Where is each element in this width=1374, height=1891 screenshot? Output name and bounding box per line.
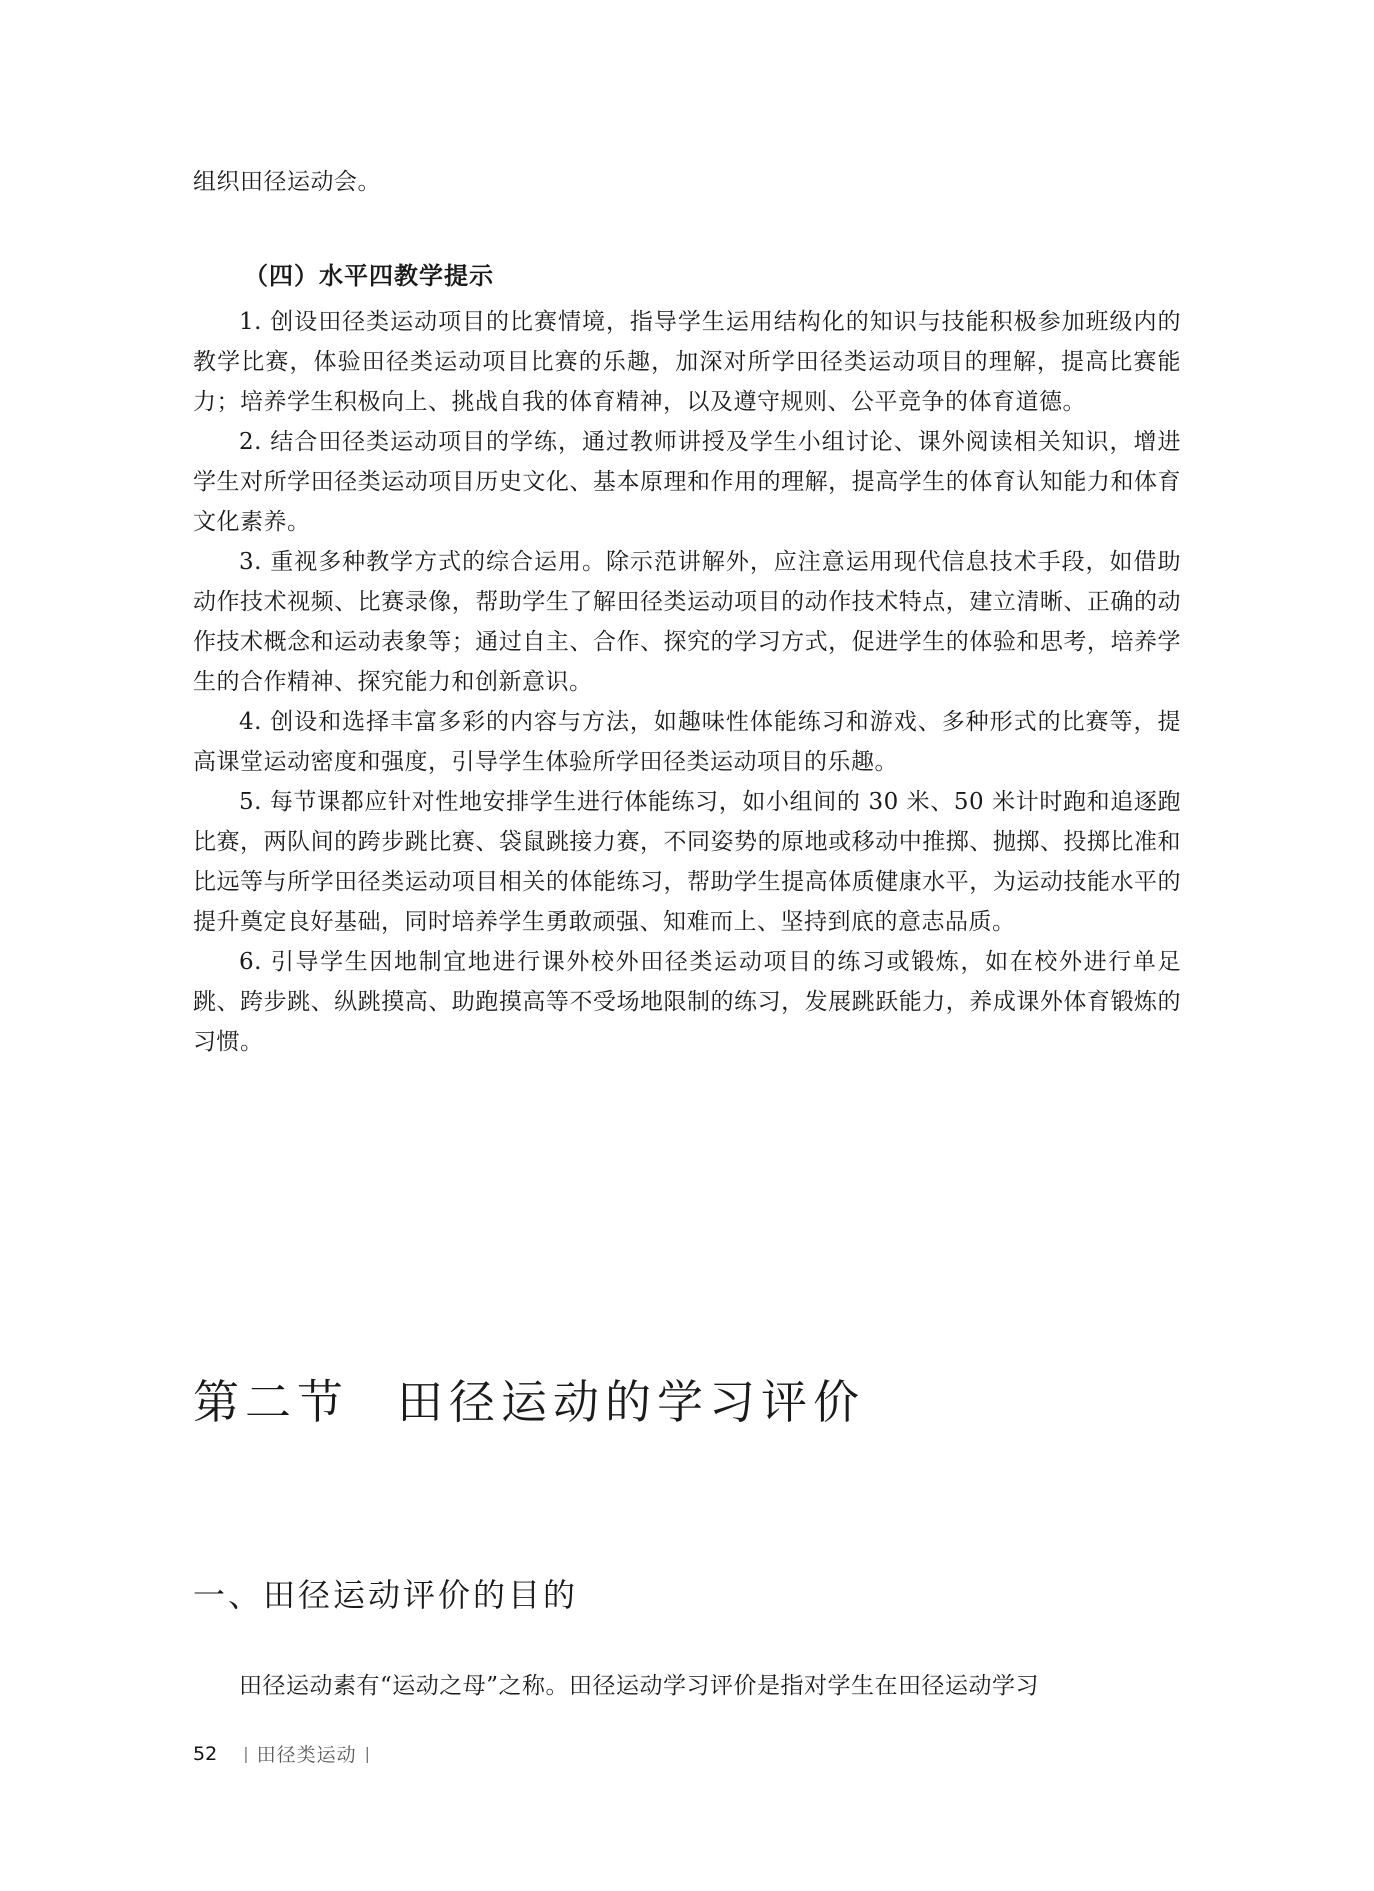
footer-separator-right: | [365,1744,370,1763]
tip-item-5: 5. 每节课都应针对性地安排学生进行体能练习，如小组间的 30 米、50 米计时… [193,782,1181,942]
tip-item-6: 6. 引导学生因地制宜地进行课外校外田径类运动项目的练习或锻炼，如在校外进行单足… [193,942,1181,1062]
section-number: 第二节 [193,1375,349,1429]
footer-separator-left: | [243,1744,248,1763]
teaching-tips-list: 1. 创设田径类运动项目的比赛情境，指导学生运用结构化的知识与技能积极参加班级内… [193,302,1181,1062]
continuation-paragraph: 组织田径运动会。 [193,162,1181,202]
intro-paragraph: 田径运动素有“运动之母”之称。田径运动学习评价是指对学生在田径运动学习 [193,1666,1181,1706]
document-page: 组织田径运动会。 （四）水平四教学提示 1. 创设田径类运动项目的比赛情境，指导… [0,0,1374,1891]
section-title: 第二节田径运动的学习评价 [193,1366,865,1432]
page-footer: 52 | 田径类运动 | [193,1740,378,1767]
tip-item-1: 1. 创设田径类运动项目的比赛情境，指导学生运用结构化的知识与技能积极参加班级内… [193,302,1181,422]
page-number: 52 [193,1743,217,1765]
subsection-heading: （四）水平四教学提示 [244,256,494,291]
continuation-text-block: 组织田径运动会。 [193,162,1181,202]
tip-item-2: 2. 结合田径类运动项目的学练，通过教师讲授及学生小组讨论、课外阅读相关知识，增… [193,422,1181,542]
chapter-label: 田径类运动 [257,1740,357,1767]
intro-text-block: 田径运动素有“运动之母”之称。田径运动学习评价是指对学生在田径运动学习 [193,1666,1181,1706]
tip-item-3: 3. 重视多种教学方式的综合运用。除示范讲解外，应注意运用现代信息技术手段，如借… [193,542,1181,702]
tip-item-4: 4. 创设和选择丰富多彩的内容与方法，如趣味性体能练习和游戏、多种形式的比赛等，… [193,702,1181,782]
section-title-text: 田径运动的学习评价 [397,1375,865,1429]
subsection-title: 一、田径运动评价的目的 [193,1570,578,1616]
